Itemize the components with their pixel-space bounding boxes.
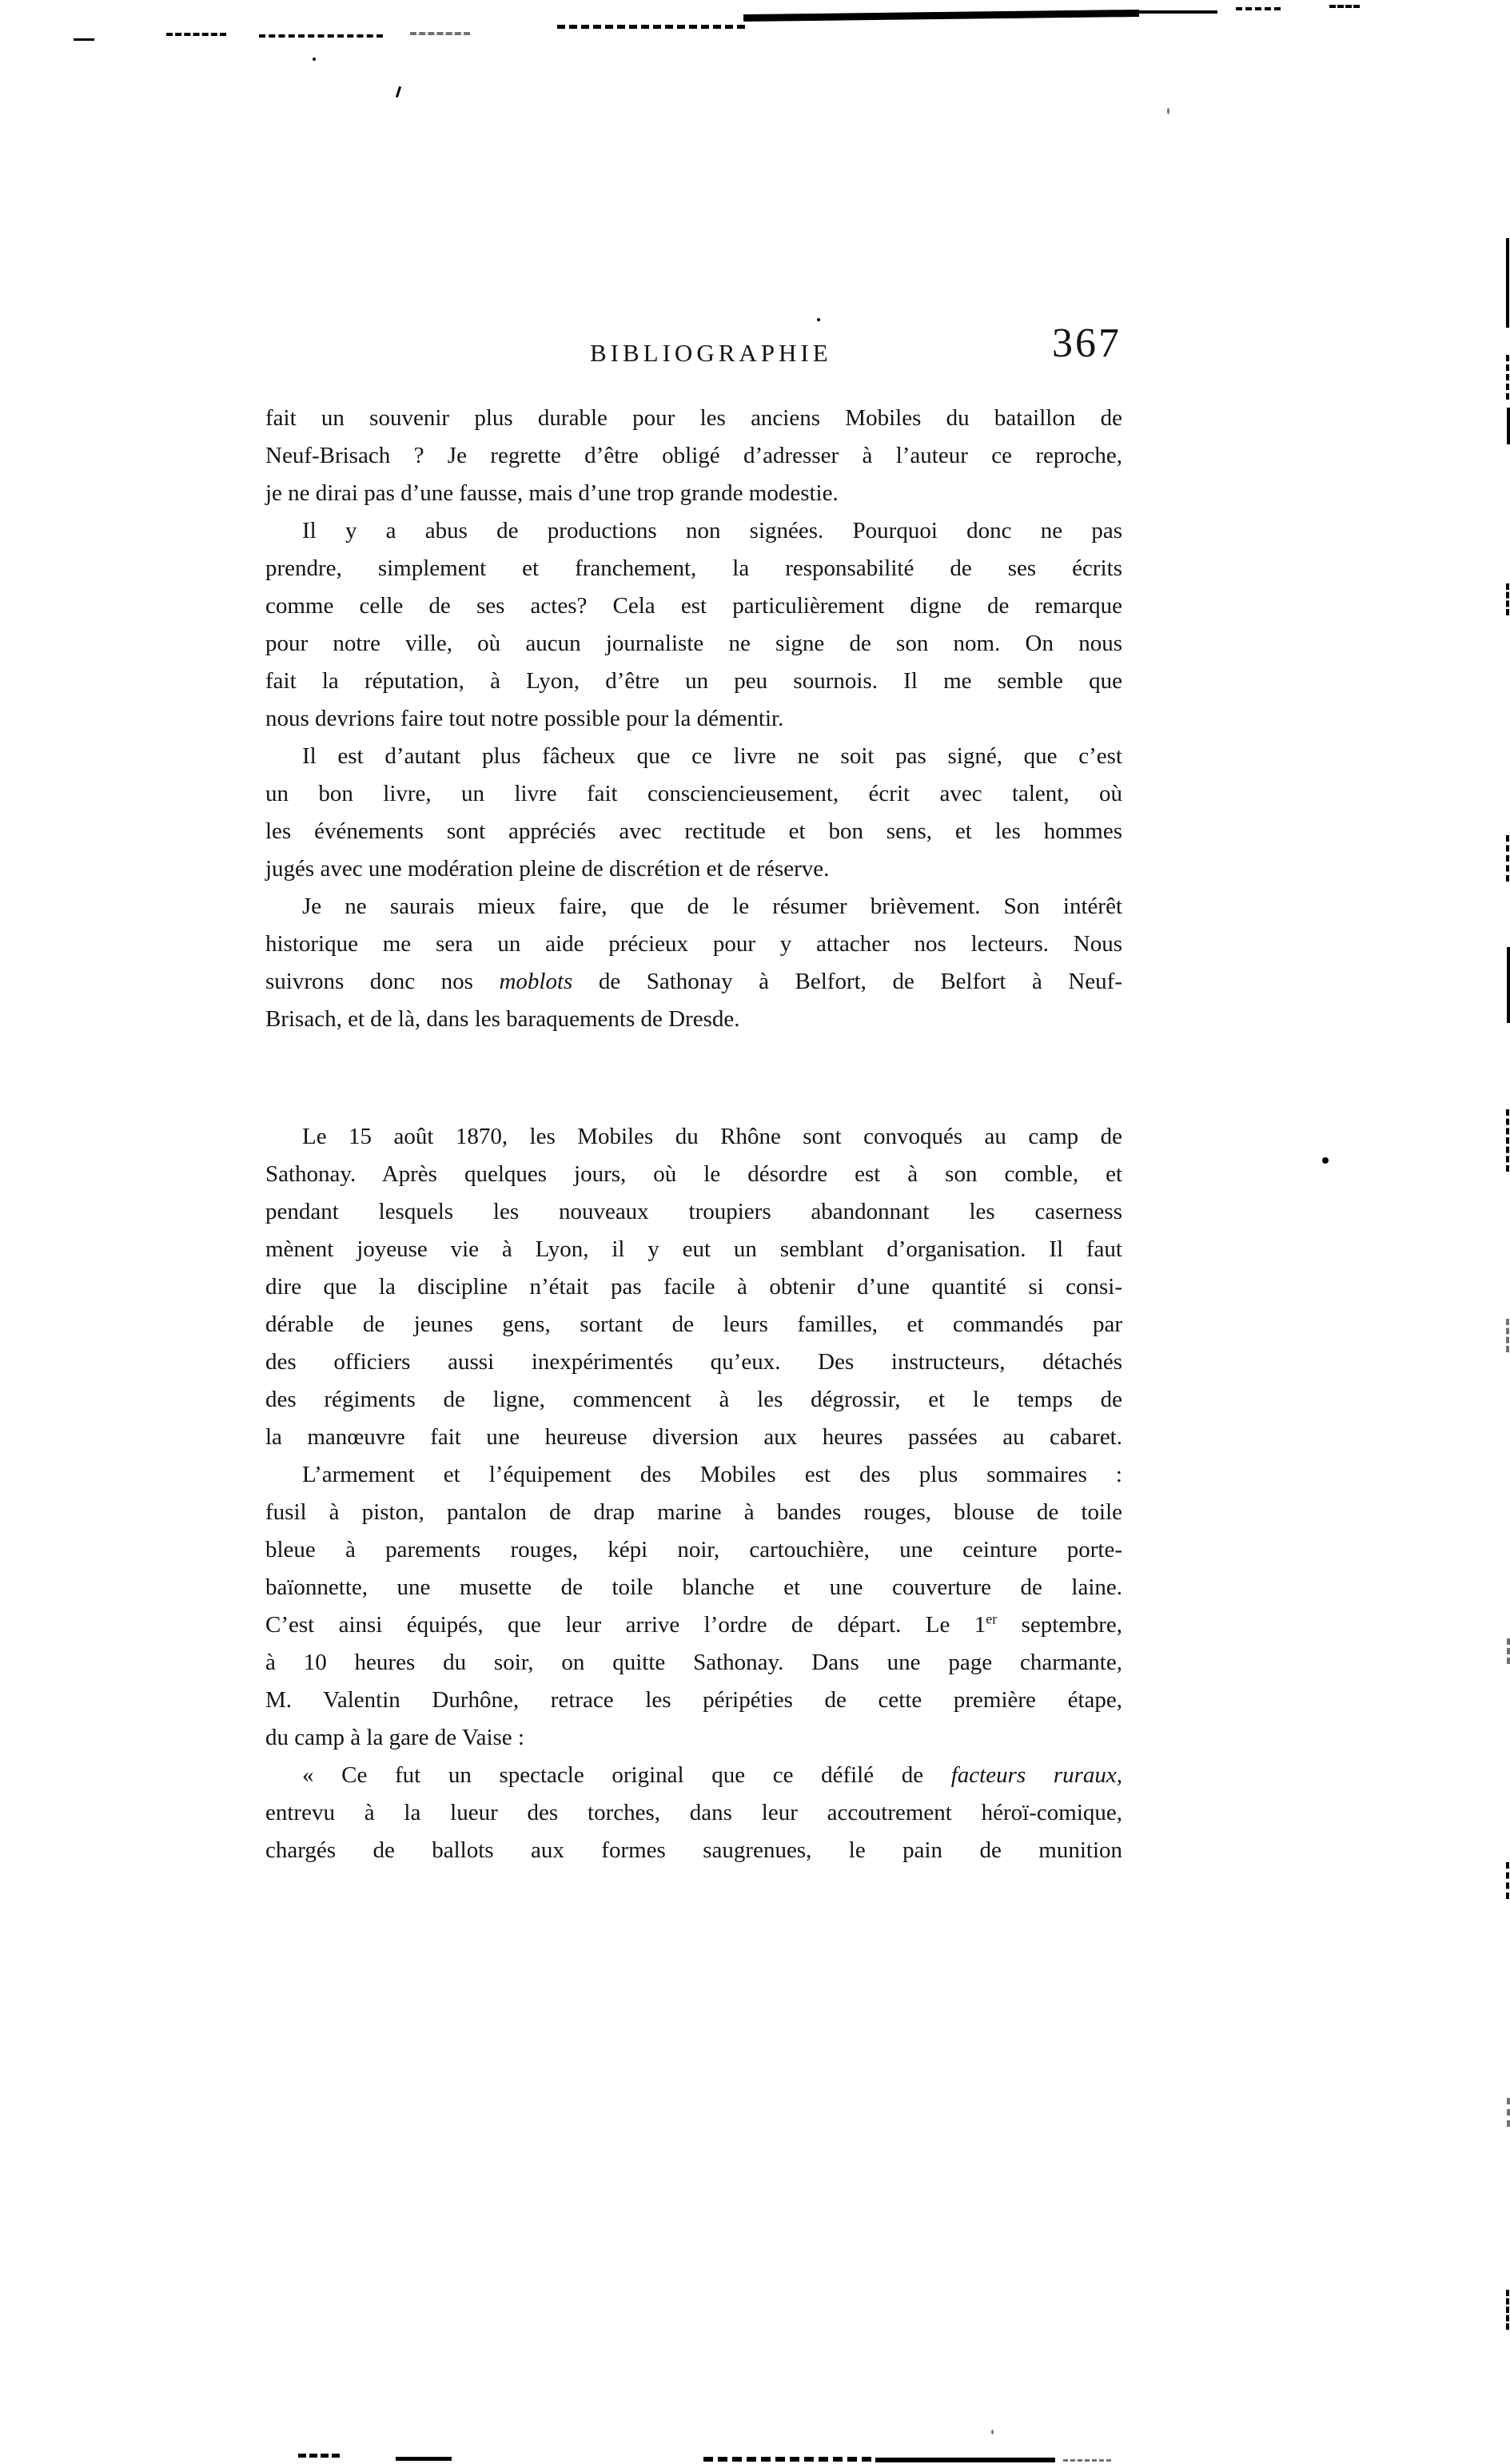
text-line: du camp à la gare de Vaise : <box>265 1719 1122 1757</box>
scan-artifact-top <box>557 25 745 29</box>
text-segment: dire que la discipline n’était pas facil… <box>265 1274 1122 1300</box>
emphasized-text: moblots <box>499 969 572 994</box>
scan-speck <box>1322 1157 1329 1164</box>
text-line: entrevu à la lueur des torches, dans leu… <box>265 1794 1122 1832</box>
text-line: à 10 heures du soir, on quitte Sathonay.… <box>265 1644 1122 1682</box>
scan-artifact-bottom <box>1063 2459 1111 2462</box>
text-line: C’est ainsi équipés, que leur arrive l’o… <box>265 1606 1122 1644</box>
text-segment: la manœuvre fait une heureuse diversion … <box>265 1424 1122 1450</box>
text-segment: comme celle de ses actes? Cela est parti… <box>265 593 1122 619</box>
scan-speck <box>817 318 820 321</box>
text-segment: nous devrions faire tout notre possible … <box>265 706 783 731</box>
text-line: fait la réputation, à Lyon, d’être un pe… <box>265 663 1122 700</box>
scanned-book-page: BIBLIOGRAPHIE 367 fait un souvenir plus … <box>0 0 1510 2464</box>
text-line: fusil à piston, pantalon de drap marine … <box>265 1494 1122 1531</box>
text-line: je ne dirai pas d’une fausse, mais d’une… <box>265 475 1122 512</box>
text-segment: L’armement et l’équipement des Mobiles e… <box>302 1462 1122 1487</box>
scan-artifact-bottom <box>875 2458 1055 2462</box>
text-line: la manœuvre fait une heureuse diversion … <box>265 1419 1122 1456</box>
text-segment: Il y a abus de productions non signées. … <box>302 518 1122 543</box>
text-segment: pour notre ville, où aucun journaliste n… <box>265 631 1122 656</box>
text-segment: baïonnette, une musette de toile blanche… <box>265 1574 1122 1600</box>
superscript-text: er <box>986 1610 997 1626</box>
text-line: M. Valentin Durhône, retrace les péripét… <box>265 1682 1122 1719</box>
text-segment: C’est ainsi équipés, que leur arrive l’o… <box>265 1612 986 1638</box>
paragraph: « Ce fut un spectacle original que ce dé… <box>265 1757 1122 1869</box>
text-line: comme celle de ses actes? Cela est parti… <box>265 587 1122 625</box>
scan-artifact-right <box>1507 2098 1510 2127</box>
text-segment: suivrons donc nos <box>265 969 499 994</box>
text-line: nous devrions faire tout notre possible … <box>265 700 1122 738</box>
scan-artifact-right <box>1506 2290 1509 2330</box>
text-line: chargés de ballots aux formes saugrenues… <box>265 1832 1122 1869</box>
scan-artifact-right <box>1507 947 1510 1023</box>
text-segment: je ne dirai pas d’une fausse, mais d’une… <box>265 480 839 506</box>
scan-speck <box>1167 108 1169 114</box>
page-number: 367 <box>1052 320 1122 367</box>
text-segment: fait la réputation, à Lyon, d’être un pe… <box>265 668 1122 694</box>
text-segment: un bon livre, un livre fait consciencieu… <box>265 781 1122 806</box>
text-segment: bleue à parements rouges, képi noir, car… <box>265 1537 1122 1562</box>
text-segment: les événements sont appréciés avec recti… <box>265 818 1122 844</box>
text-line: un bon livre, un livre fait consciencieu… <box>265 775 1122 813</box>
text-line: des régiments de ligne, commencent à les… <box>265 1381 1122 1419</box>
scan-artifact-right <box>1506 355 1509 400</box>
text-line: pendant lesquels les nouveaux troupiers … <box>265 1193 1122 1231</box>
text-segment: Sathonay. Après quelques jours, où le dé… <box>265 1161 1122 1187</box>
text-segment: à 10 heures du soir, on quitte Sathonay.… <box>265 1650 1122 1675</box>
text-line: dérable de jeunes gens, sortant de leurs… <box>265 1306 1122 1343</box>
text-line: suivrons donc nos moblots de Sathonay à … <box>265 963 1122 1001</box>
text-segment: pendant lesquels les nouveaux troupiers … <box>265 1199 1122 1224</box>
text-line: Sathonay. Après quelques jours, où le dé… <box>265 1156 1122 1193</box>
text-line: dire que la discipline n’était pas facil… <box>265 1268 1122 1306</box>
text-line: mènent joyeuse vie à Lyon, il y eut un s… <box>265 1231 1122 1268</box>
section-break <box>265 1038 1122 1118</box>
scan-artifact-right <box>1506 1862 1509 1899</box>
scan-artifact-right <box>1506 1319 1509 1352</box>
scan-artifact-top <box>74 38 94 41</box>
paragraph: Il y a abus de productions non signées. … <box>265 512 1122 738</box>
text-line: Il est d’autant plus fâcheux que ce livr… <box>265 738 1122 775</box>
text-line: des officiers aussi inexpérimentés qu’eu… <box>265 1343 1122 1381</box>
text-segment: fait un souvenir plus durable pour les a… <box>265 405 1122 431</box>
text-line: bleue à parements rouges, képi noir, car… <box>265 1531 1122 1569</box>
scan-artifact-right <box>1506 238 1509 328</box>
running-head-title: BIBLIOGRAPHIE <box>590 339 832 368</box>
scan-speck <box>396 86 401 98</box>
text-segment: septembre, <box>997 1612 1122 1638</box>
text-segment: Le 15 août 1870, les Mobiles du Rhône so… <box>302 1124 1122 1149</box>
text-line: « Ce fut un spectacle original que ce dé… <box>265 1757 1122 1794</box>
text-segment: des officiers aussi inexpérimentés qu’eu… <box>265 1349 1122 1375</box>
text-block: fait un souvenir plus durable pour les a… <box>265 400 1122 1869</box>
scan-artifact-bottom <box>298 2454 340 2458</box>
text-segment: mènent joyeuse vie à Lyon, il y eut un s… <box>265 1236 1122 1262</box>
text-line: Le 15 août 1870, les Mobiles du Rhône so… <box>265 1118 1122 1156</box>
text-line: jugés avec une modération pleine de disc… <box>265 850 1122 888</box>
text-line: L’armement et l’équipement des Mobiles e… <box>265 1456 1122 1494</box>
text-segment: des régiments de ligne, commencent à les… <box>265 1387 1122 1412</box>
text-line: les événements sont appréciés avec recti… <box>265 813 1122 850</box>
text-line: fait un souvenir plus durable pour les a… <box>265 400 1122 437</box>
text-segment: chargés de ballots aux formes saugrenues… <box>265 1837 1122 1863</box>
text-segment: prendre, simplement et franchement, la r… <box>265 555 1122 581</box>
text-segment: entrevu à la lueur des torches, dans leu… <box>265 1800 1122 1825</box>
scan-artifact-top <box>1236 7 1281 10</box>
paragraph: Je ne saurais mieux faire, que de le rés… <box>265 888 1122 1038</box>
text-line: baïonnette, une musette de toile blanche… <box>265 1569 1122 1606</box>
paragraph: Le 15 août 1870, les Mobiles du Rhône so… <box>265 1118 1122 1456</box>
text-line: pour notre ville, où aucun journaliste n… <box>265 625 1122 663</box>
text-segment: dérable de jeunes gens, sortant de leurs… <box>265 1312 1122 1337</box>
text-line: Je ne saurais mieux faire, que de le rés… <box>265 888 1122 925</box>
scan-artifact-right <box>1507 1638 1510 1664</box>
scan-artifact-top <box>1133 10 1217 14</box>
text-segment: fusil à piston, pantalon de drap marine … <box>265 1499 1122 1525</box>
text-segment: historique me sera un aide précieux pour… <box>265 931 1122 957</box>
paragraph: L’armement et l’équipement des Mobiles e… <box>265 1456 1122 1757</box>
scan-speck <box>313 58 316 61</box>
paragraph: fait un souvenir plus durable pour les a… <box>265 400 1122 512</box>
scan-artifact-bottom <box>703 2457 871 2462</box>
text-segment: Il est d’autant plus fâcheux que ce livr… <box>302 743 1122 769</box>
scan-artifact-right <box>1506 835 1509 882</box>
text-line: Brisach, et de là, dans les baraquements… <box>265 1001 1122 1038</box>
scan-artifact-right <box>1506 583 1509 615</box>
text-line: historique me sera un aide précieux pour… <box>265 925 1122 963</box>
text-segment: de Sathonay à Belfort, de Belfort à Neuf… <box>572 969 1122 994</box>
text-segment: M. Valentin Durhône, retrace les péripét… <box>265 1687 1122 1713</box>
text-segment: Brisach, et de là, dans les baraquements… <box>265 1006 739 1032</box>
scan-artifact-top <box>259 34 383 38</box>
text-line: prendre, simplement et franchement, la r… <box>265 550 1122 587</box>
text-line: Neuf-Brisach ? Je regrette d’être obligé… <box>265 437 1122 475</box>
paragraph: Il est d’autant plus fâcheux que ce livr… <box>265 738 1122 888</box>
scan-artifact-top <box>410 32 470 35</box>
scan-artifact-top <box>743 10 1139 22</box>
text-line: Il y a abus de productions non signées. … <box>265 512 1122 550</box>
emphasized-text: facteurs ruraux, <box>951 1762 1122 1788</box>
scan-artifact-right <box>1506 1109 1509 1172</box>
scan-speck <box>991 2430 994 2434</box>
text-segment: Je ne saurais mieux faire, que de le rés… <box>302 894 1122 919</box>
scan-artifact-bottom <box>396 2457 452 2461</box>
scan-artifact-top <box>1329 5 1360 8</box>
text-segment: jugés avec une modération pleine de disc… <box>265 856 829 882</box>
scan-artifact-top <box>166 33 226 36</box>
scan-artifact-right <box>1507 408 1510 444</box>
text-segment: « Ce fut un spectacle original que ce dé… <box>302 1762 951 1788</box>
text-segment: du camp à la gare de Vaise : <box>265 1725 524 1750</box>
text-segment: Neuf-Brisach ? Je regrette d’être obligé… <box>265 443 1122 468</box>
